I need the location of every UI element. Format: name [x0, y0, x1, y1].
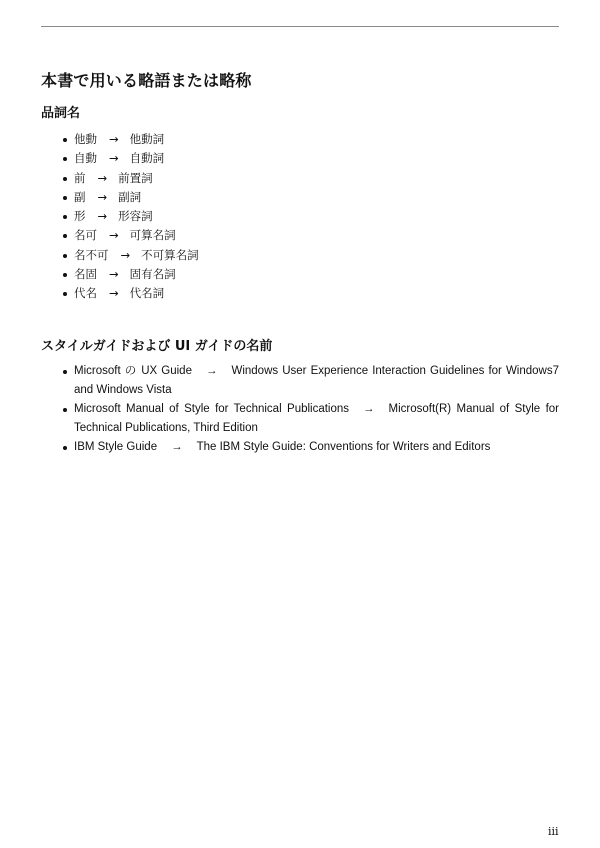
list-item: Microsoft の UX Guide→Windows User Experi…	[62, 362, 559, 400]
page-title: 本書で用いる略語または略称	[41, 68, 252, 91]
full-term: 副詞	[118, 190, 141, 204]
list-item: 名固→固有名詞	[62, 265, 199, 284]
parts-of-speech-list: 他動→他動詞 自動→自動詞 前→前置詞 副→副詞 形→形容詞 名可→可算名詞 名…	[62, 130, 199, 304]
list-item: 他動→他動詞	[62, 130, 199, 149]
abbreviation: 名固	[74, 267, 97, 281]
full-term: 可算名詞	[130, 228, 176, 242]
abbreviation: 前	[74, 171, 86, 185]
abbreviation: 形	[74, 209, 86, 223]
style-guides-list: Microsoft の UX Guide→Windows User Experi…	[62, 362, 559, 457]
arrow-icon: →	[121, 246, 131, 265]
abbreviation: 名不可	[74, 248, 109, 262]
arrow-icon: →	[363, 400, 375, 419]
arrow-icon: →	[109, 149, 119, 168]
list-item: IBM Style Guide→The IBM Style Guide: Con…	[62, 438, 559, 457]
abbreviation: 代名	[74, 286, 97, 300]
list-item: 代名→代名詞	[62, 284, 199, 303]
abbreviation: 自動	[74, 151, 97, 165]
section-heading-parts-of-speech: 品詞名	[41, 102, 80, 121]
full-title: The IBM Style Guide: Conventions for Wri…	[197, 441, 491, 453]
arrow-icon: →	[109, 284, 119, 303]
list-item: 自動→自動詞	[62, 149, 199, 168]
abbreviation: Microsoft Manual of Style for Technical …	[74, 403, 349, 415]
arrow-icon: →	[109, 130, 119, 149]
arrow-icon: →	[109, 226, 119, 245]
full-term: 固有名詞	[130, 267, 176, 281]
list-item: 副→副詞	[62, 188, 199, 207]
abbreviation: 他動	[74, 132, 97, 146]
full-term: 形容詞	[118, 209, 153, 223]
full-term: 不可算名詞	[141, 248, 199, 262]
list-item: Microsoft Manual of Style for Technical …	[62, 400, 559, 438]
list-item: 名可→可算名詞	[62, 226, 199, 245]
full-term: 自動詞	[130, 151, 165, 165]
arrow-icon: →	[109, 265, 119, 284]
list-item: 名不可→不可算名詞	[62, 246, 199, 265]
arrow-icon: →	[171, 438, 183, 457]
arrow-icon: →	[98, 169, 108, 188]
page-number: iii	[548, 825, 559, 838]
abbreviation: 副	[74, 190, 86, 204]
abbreviation: Microsoft の UX Guide	[74, 365, 192, 377]
abbreviation: IBM Style Guide	[74, 441, 157, 453]
arrow-icon: →	[98, 207, 108, 226]
header-rule	[41, 26, 559, 27]
list-item: 前→前置詞	[62, 169, 199, 188]
arrow-icon: →	[206, 362, 218, 381]
abbreviation: 名可	[74, 228, 97, 242]
full-term: 代名詞	[130, 286, 165, 300]
full-term: 他動詞	[130, 132, 165, 146]
arrow-icon: →	[98, 188, 108, 207]
list-item: 形→形容詞	[62, 207, 199, 226]
full-term: 前置詞	[118, 171, 153, 185]
section-heading-style-guides: スタイルガイドおよび UI ガイドの名前	[41, 335, 272, 354]
